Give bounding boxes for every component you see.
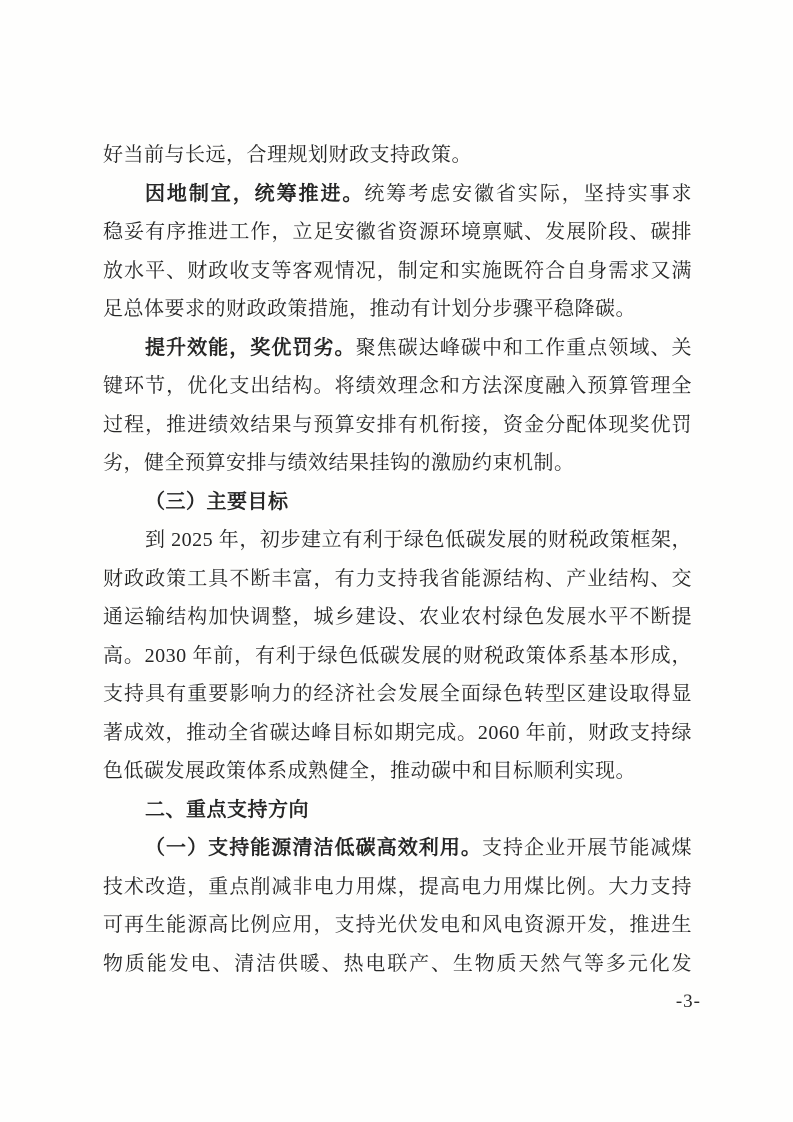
text-line: 因地制宜，统筹推进。统筹考虑安徽省实际，坚持实事求是、 [103,175,692,214]
body-text: 聚焦碳达峰碳中和工作重点领域、关 [356,337,692,359]
text-line: （三）主要目标 [103,483,692,522]
body-text: 过程，推进绩效结果与预算安排有机衔接，资金分配体现奖优罚 [103,414,692,436]
text-line: 稳妥有序推进工作，立足安徽省资源环境禀赋、发展阶段、碳排 [103,213,692,252]
body-text: 支持企业开展节能减煤 [482,837,692,859]
text-line: 物质能发电、清洁供暖、热电联产、生物质天然气等多元化发展。 [103,945,692,984]
emphasis-text: 提升效能，奖优罚劣。 [145,337,356,359]
body-text: 著成效，推动全省碳达峰目标如期完成。2060 年前，财政支持绿 [103,722,692,744]
text-line: （一）支持能源清洁低碳高效利用。支持企业开展节能减煤 [103,829,692,868]
emphasis-text: 二、重点支持方向 [145,799,309,821]
text-line: 支持具有重要影响力的经济社会发展全面绿色转型区建设取得显 [103,675,692,714]
text-line: 足总体要求的财政政策措施，推动有计划分步骤平稳降碳。 [103,290,692,329]
text-line: 提升效能，奖优罚劣。聚焦碳达峰碳中和工作重点领域、关 [103,329,692,368]
emphasis-text: （三）主要目标 [145,491,289,513]
body-text: 劣，健全预算安排与绩效结果挂钩的激励约束机制。 [103,452,575,474]
body-text: 放水平、财政收支等客观情况，制定和实施既符合自身需求又满 [103,260,692,282]
text-line: 著成效，推动全省碳达峰目标如期完成。2060 年前，财政支持绿 [103,714,692,753]
document-body: 好当前与长远，合理规划财政支持政策。因地制宜，统筹推进。统筹考虑安徽省实际，坚持… [103,136,692,983]
text-line: 键环节，优化支出结构。将绩效理念和方法深度融入预算管理全 [103,367,692,406]
body-text: 好当前与长远，合理规划财政支持政策。 [103,144,472,166]
text-line: 通运输结构加快调整，城乡建设、农业农村绿色发展水平不断提 [103,598,692,637]
text-line: 技术改造，重点削减非电力用煤，提高电力用煤比例。大力支持 [103,868,692,907]
text-line: 好当前与长远，合理规划财政支持政策。 [103,136,692,175]
body-text: 财政政策工具不断丰富，有力支持我省能源结构、产业结构、交 [103,568,692,590]
body-text: 色低碳发展政策体系成熟健全，推动碳中和目标顺利实现。 [103,760,636,782]
text-line: 二、重点支持方向 [103,791,692,830]
emphasis-text: （一）支持能源清洁低碳高效利用。 [145,837,482,859]
body-text: 稳妥有序推进工作，立足安徽省资源环境禀赋、发展阶段、碳排 [103,221,692,243]
text-line: 色低碳发展政策体系成熟健全，推动碳中和目标顺利实现。 [103,752,692,791]
document-page: 好当前与长远，合理规划财政支持政策。因地制宜，统筹推进。统筹考虑安徽省实际，坚持… [0,0,793,1122]
body-text: 技术改造，重点削减非电力用煤，提高电力用煤比例。大力支持 [103,876,692,898]
body-text: 通运输结构加快调整，城乡建设、农业农村绿色发展水平不断提 [103,606,692,628]
body-text: 物质能发电、清洁供暖、热电联产、生物质天然气等多元化发展。 [103,953,692,984]
body-text: 高。2030 年前，有利于绿色低碳发展的财税政策体系基本形成， [103,645,692,667]
body-text: 到 2025 年，初步建立有利于绿色低碳发展的财税政策框架， [145,529,692,551]
text-line: 财政政策工具不断丰富，有力支持我省能源结构、产业结构、交 [103,560,692,599]
text-line: 高。2030 年前，有利于绿色低碳发展的财税政策体系基本形成， [103,637,692,676]
body-text: 键环节，优化支出结构。将绩效理念和方法深度融入预算管理全 [103,375,692,397]
text-line: 放水平、财政收支等客观情况，制定和实施既符合自身需求又满 [103,252,692,291]
body-text: 可再生能源高比例应用，支持光伏发电和风电资源开发，推进生 [103,914,692,936]
emphasis-text: 因地制宜，统筹推进。 [145,183,364,205]
text-line: 到 2025 年，初步建立有利于绿色低碳发展的财税政策框架， [103,521,692,560]
body-text: 足总体要求的财政政策措施，推动有计划分步骤平稳降碳。 [103,298,636,320]
body-text: 支持具有重要影响力的经济社会发展全面绿色转型区建设取得显 [103,683,692,705]
text-line: 劣，健全预算安排与绩效结果挂钩的激励约束机制。 [103,444,692,483]
text-line: 可再生能源高比例应用，支持光伏发电和风电资源开发，推进生 [103,906,692,945]
text-line: 过程，推进绩效结果与预算安排有机衔接，资金分配体现奖优罚 [103,406,692,445]
page-number: -3- [676,990,701,1014]
